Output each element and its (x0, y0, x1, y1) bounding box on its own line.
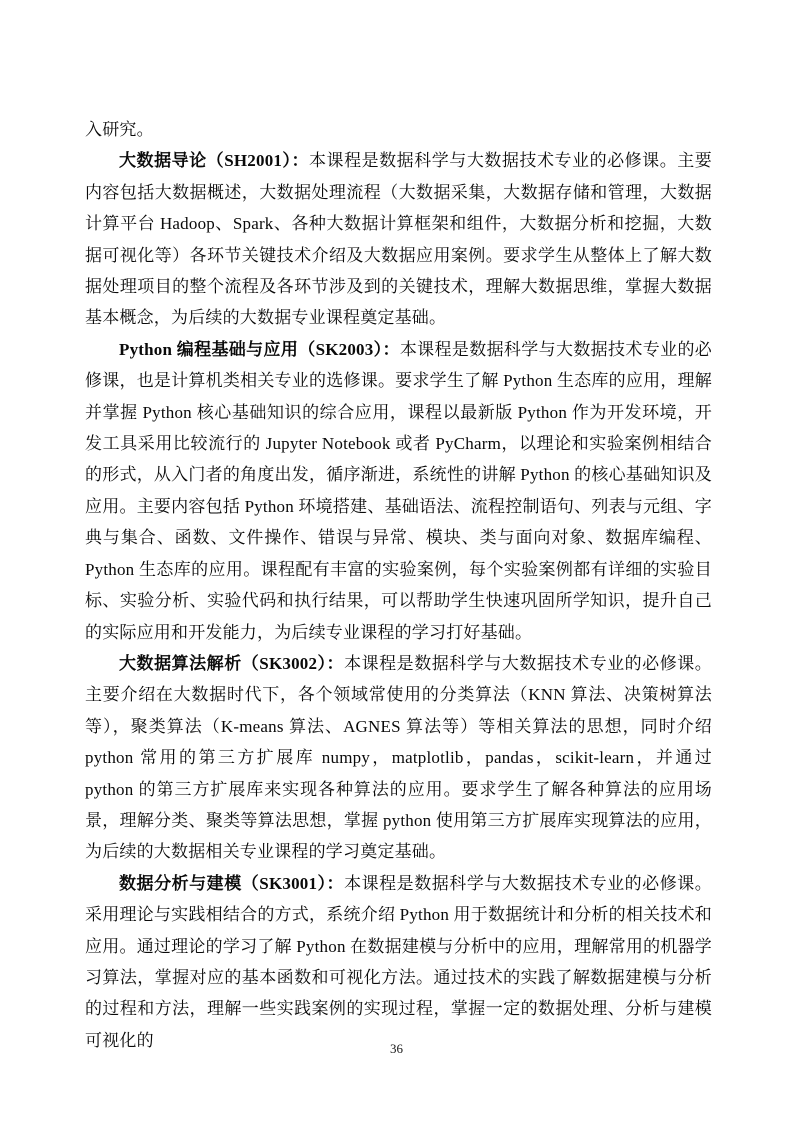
course-paragraph-bigdata-intro: 大数据导论（SH2001）：本课程是数据科学与大数据技术专业的必修课。主要内容包… (85, 145, 712, 333)
course-description-data-analysis-modeling: 本课程是数据科学与大数据技术专业的必修课。采用理论与实践相结合的方式，系统介绍 … (85, 874, 712, 1050)
course-title-bigdata-algorithms: 大数据算法解析（SK3002）： (119, 654, 344, 673)
course-description-bigdata-intro: 本课程是数据科学与大数据技术专业的必修课。主要内容包括大数据概述，大数据处理流程… (85, 151, 712, 327)
paragraph-continuation: 入研究。 (85, 114, 712, 145)
document-page: 入研究。 大数据导论（SH2001）：本课程是数据科学与大数据技术专业的必修课。… (0, 0, 793, 1122)
course-description-python-basics: 本课程是数据科学与大数据技术专业的必修课，也是计算机类相关专业的选修课。要求学生… (85, 340, 712, 642)
page-number: 36 (0, 1041, 793, 1057)
course-paragraph-data-analysis-modeling: 数据分析与建模（SK3001）：本课程是数据科学与大数据技术专业的必修课。采用理… (85, 868, 712, 1056)
course-title-data-analysis-modeling: 数据分析与建模（SK3001）： (119, 874, 344, 893)
course-description-bigdata-algorithms: 本课程是数据科学与大数据技术专业的必修课。主要介绍在大数据时代下，各个领域常使用… (85, 654, 712, 861)
course-paragraph-python-basics: Python 编程基础与应用（SK2003）：本课程是数据科学与大数据技术专业的… (85, 334, 712, 648)
document-body: 入研究。 大数据导论（SH2001）：本课程是数据科学与大数据技术专业的必修课。… (85, 114, 712, 1056)
course-title-bigdata-intro: 大数据导论（SH2001）： (119, 151, 309, 170)
course-title-python-basics: Python 编程基础与应用（SK2003）： (119, 340, 400, 359)
course-paragraph-bigdata-algorithms: 大数据算法解析（SK3002）：本课程是数据科学与大数据技术专业的必修课。主要介… (85, 648, 712, 868)
